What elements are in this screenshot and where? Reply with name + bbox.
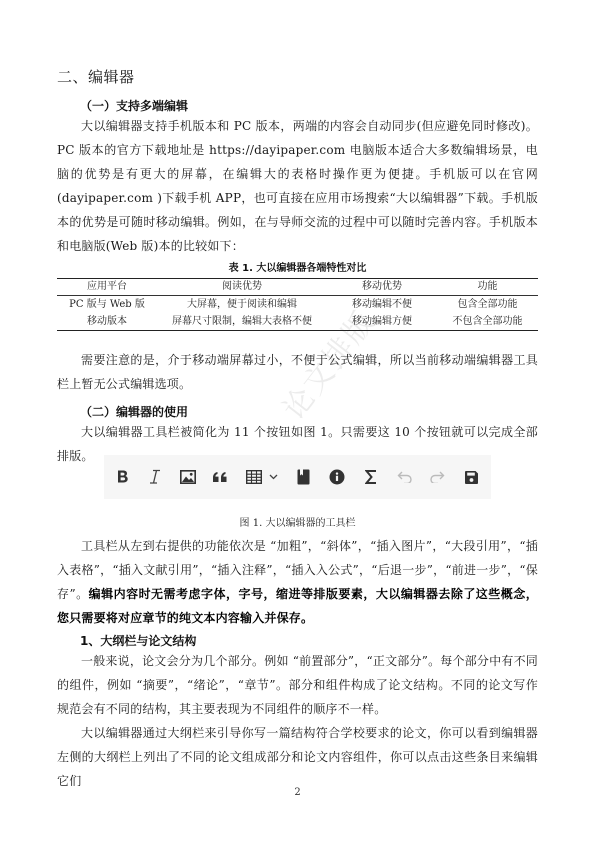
table-header-cell: 移动优势	[327, 279, 437, 296]
table-header-cell: 阅读优势	[157, 279, 327, 296]
subsection-heading-multi-device: （一）支持多端编辑	[80, 97, 188, 114]
insert-annotation-button[interactable]	[326, 455, 348, 499]
subsection-heading-outline: 1、大纲栏与论文结构	[80, 632, 196, 649]
table-cell: PC 版与 Web 版	[57, 296, 157, 314]
image-icon	[180, 470, 196, 484]
paragraph-mobile-note: 需要注意的是，介于移动端屏幕过小，不便于公式编辑，所以当前移动端编辑器工具栏上暂…	[57, 348, 538, 396]
table-header-cell: 功能	[437, 279, 538, 296]
page-number: 2	[0, 787, 595, 798]
insert-citation-button[interactable]	[292, 455, 314, 499]
editor-toolbar	[104, 455, 491, 499]
table-cell: 包含全部功能	[437, 296, 538, 314]
table-options-dropdown[interactable]	[266, 455, 280, 499]
section-heading: 二、编辑器	[57, 66, 135, 87]
subsection-heading-editor-usage: （二）编辑器的使用	[80, 403, 188, 420]
redo-icon	[429, 471, 445, 483]
table-row: 移动版本 屏幕尺寸限制，编辑大表格不便 移动编辑方便 不包含全部功能	[57, 313, 538, 331]
table-cell: 移动编辑不便	[327, 296, 437, 314]
redo-button[interactable]	[426, 455, 448, 499]
chevron-down-icon	[269, 474, 278, 480]
insert-formula-button[interactable]	[360, 455, 382, 499]
italic-button[interactable]	[144, 455, 166, 499]
table-header-row: 应用平台 阅读优势 移动优势 功能	[57, 279, 538, 296]
info-icon	[329, 469, 345, 485]
figure-caption: 图 1. 大以编辑器的工具栏	[0, 514, 595, 529]
bookmark-icon	[297, 469, 310, 485]
save-button[interactable]	[460, 455, 482, 499]
paragraph-thesis-structure: 一般来说，论文会分为几个部分。例如 “前置部分”，“正文部分”。每个部分中有不同…	[57, 649, 538, 721]
italic-icon	[149, 469, 161, 485]
quote-icon	[212, 471, 228, 483]
bold-icon	[116, 469, 130, 485]
paragraph-multi-device: 大以编辑器支持手机版本和 PC 版本，两端的内容会自动同步(但应避免同时修改)。…	[57, 114, 538, 258]
table-cell: 移动编辑方便	[327, 313, 437, 331]
toolbar-description-emphasis: 编辑内容时无需考虑字体，字号，缩进等排版要素，大以编辑器去除了这些概念，您只需要…	[57, 587, 538, 625]
table-row: PC 版与 Web 版 大屏幕，便于阅读和编辑 移动编辑不便 包含全部功能	[57, 296, 538, 314]
document-page: 论文排版 二、编辑器 （一）支持多端编辑 大以编辑器支持手机版本和 PC 版本，…	[0, 0, 595, 842]
table-caption: 表 1. 大以编辑器各端特性对比	[0, 259, 595, 274]
insert-table-button[interactable]	[242, 455, 266, 499]
block-quote-button[interactable]	[208, 455, 232, 499]
table-header-cell: 应用平台	[57, 279, 157, 296]
table-cell: 屏幕尺寸限制，编辑大表格不便	[157, 313, 327, 331]
table-cell: 大屏幕，便于阅读和编辑	[157, 296, 327, 314]
paragraph-outline-bar: 大以编辑器通过大纲栏来引导你写一篇结构符合学校要求的论文，你可以看到编辑器左侧的…	[57, 721, 538, 793]
bold-button[interactable]	[112, 455, 134, 499]
undo-icon	[397, 471, 413, 483]
table-cell: 不包含全部功能	[437, 313, 538, 331]
sigma-icon	[365, 470, 377, 484]
paragraph-toolbar-description: 工具栏从左到右提供的功能依次是 “加粗”，“斜体”，“插入图片”，“大段引用”，…	[57, 534, 538, 630]
save-icon	[464, 470, 479, 485]
undo-button[interactable]	[394, 455, 416, 499]
insert-image-button[interactable]	[176, 455, 200, 499]
table-icon	[246, 470, 262, 484]
comparison-table: 应用平台 阅读优势 移动优势 功能 PC 版与 Web 版 大屏幕，便于阅读和编…	[57, 278, 538, 331]
table-cell: 移动版本	[57, 313, 157, 331]
